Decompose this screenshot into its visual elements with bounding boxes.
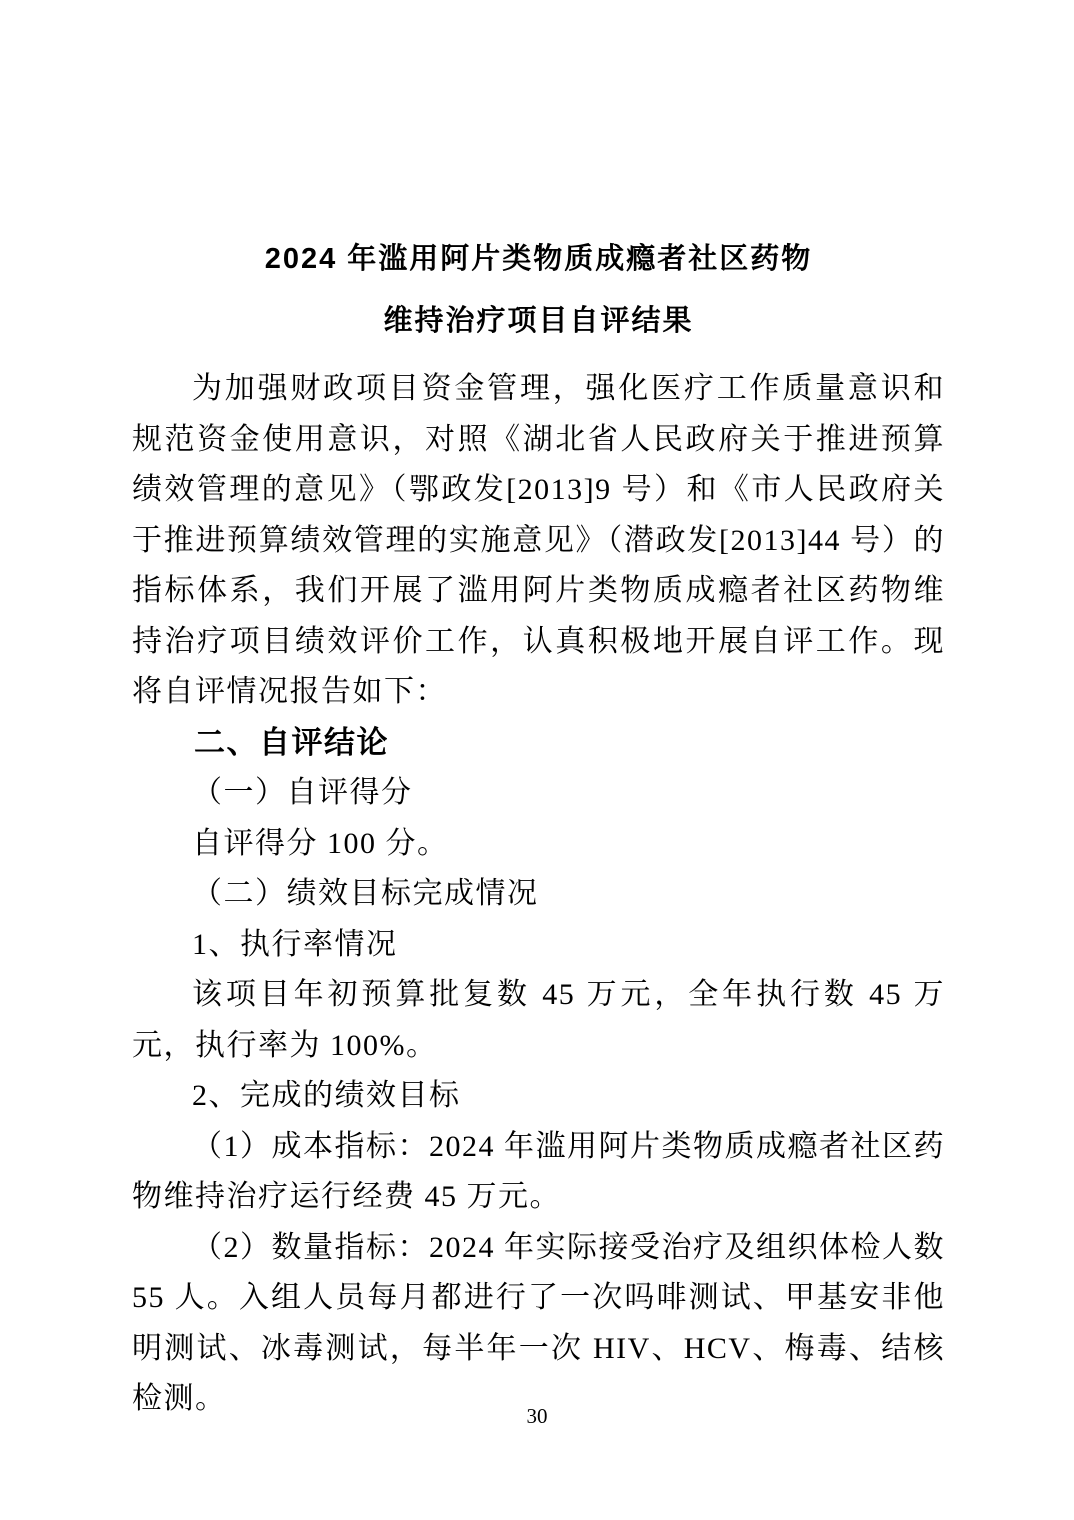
paragraph-score-value: 自评得分 100 分。	[132, 819, 945, 870]
subheading-performance-target-completion: （二）绩效目标完成情况	[132, 869, 945, 920]
paragraph-quantity-indicator: （2）数量指标：2024 年实际接受治疗及组织体检人数 55 人。入组人员每月都…	[132, 1223, 945, 1425]
paragraph-cost-indicator: （1）成本指标：2024 年滥用阿片类物质成瘾者社区药物维持治疗运行经费 45 …	[132, 1122, 945, 1223]
document-title-line-2: 维持治疗项目自评结果	[132, 290, 945, 352]
document-page: 2024 年滥用阿片类物质成瘾者社区药物 维持治疗项目自评结果 为加强财政项目资…	[0, 0, 1074, 1520]
document-title: 2024 年滥用阿片类物质成瘾者社区药物 维持治疗项目自评结果	[132, 228, 945, 352]
document-title-line-1: 2024 年滥用阿片类物质成瘾者社区药物	[132, 228, 945, 290]
intro-paragraph: 为加强财政项目资金管理，强化医疗工作质量意识和规范资金使用意识，对照《湖北省人民…	[132, 364, 945, 718]
subheading-self-evaluation-score: （一）自评得分	[132, 768, 945, 819]
section-heading-self-evaluation-conclusion: 二、自评结论	[132, 718, 945, 769]
page-number: 30	[0, 1404, 1074, 1429]
subheading-execution-rate: 1、执行率情况	[132, 920, 945, 971]
document-content: 2024 年滥用阿片类物质成瘾者社区药物 维持治疗项目自评结果 为加强财政项目资…	[132, 228, 945, 1425]
paragraph-budget-execution: 该项目年初预算批复数 45 万元，全年执行数 45 万元，执行率为 100%。	[132, 970, 945, 1071]
subheading-completed-performance-targets: 2、完成的绩效目标	[132, 1071, 945, 1122]
